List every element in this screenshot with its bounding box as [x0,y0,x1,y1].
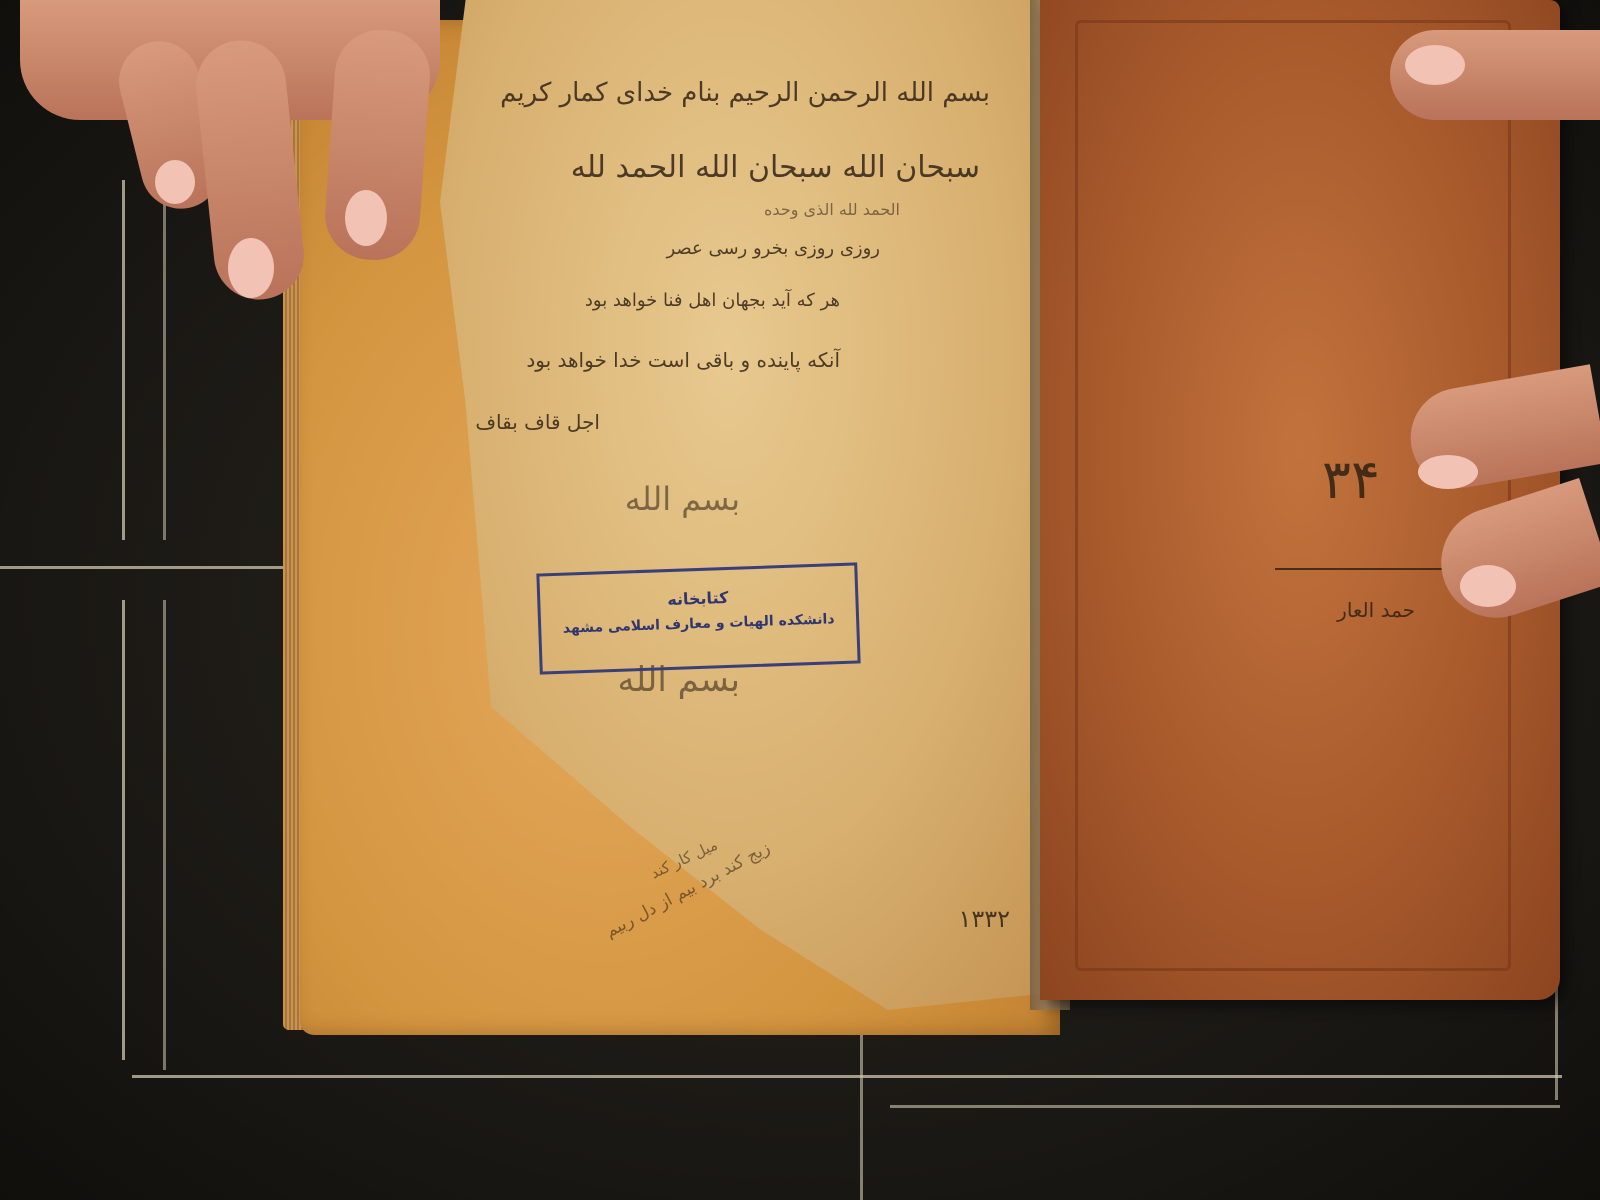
handwriting-line: هر که آید بجهان اهل فنا خواهد بود [585,290,840,311]
mat-grid-line [890,1105,1560,1108]
mat-grid-line [0,566,290,569]
cover-rule [1275,568,1445,570]
handwriting-line: الحمد لله الذی وحده [764,200,900,219]
library-stamp: کتابخانه دانشکده الهیات و معارف اسلامی م… [536,562,860,674]
mat-grid-line [132,1075,1562,1078]
mat-grid-line [163,170,166,540]
cover-numerals: ۳۴ [1322,448,1380,511]
fingernail [1460,565,1516,607]
fingernail [1405,45,1465,85]
handwriting-line: آنکه پاینده و باقی است خدا خواهد بود [526,348,840,372]
cover-border [1075,20,1511,971]
mat-grid-line [860,1015,863,1200]
handwriting-line: بسم الله الرحمن الرحیم بنام خدای کمار کر… [500,78,990,108]
mat-grid-line [122,180,125,540]
stamp-line-2: دانشکده الهیات و معارف اسلامی مشهد [541,611,856,638]
mat-grid-line [122,600,125,1060]
fingernail [1418,455,1478,489]
date-note: ۱۳۳۲ [958,905,1010,933]
handwriting-line: بسم الله [625,480,740,518]
stamp-line-1: کتابخانه [540,584,855,614]
handwriting-line: سبحان الله سبحان الله الحمد لله [571,150,980,185]
handwriting-line: روزی روزی بخرو رسی عصر [666,238,880,259]
handwriting-line: اجل قاف بقاف [475,410,600,434]
mat-grid-line [163,600,166,1070]
cover-note: حمد العار [1337,598,1415,622]
fingernail [228,238,274,298]
fingernail [345,190,387,246]
fingernail [155,160,195,204]
